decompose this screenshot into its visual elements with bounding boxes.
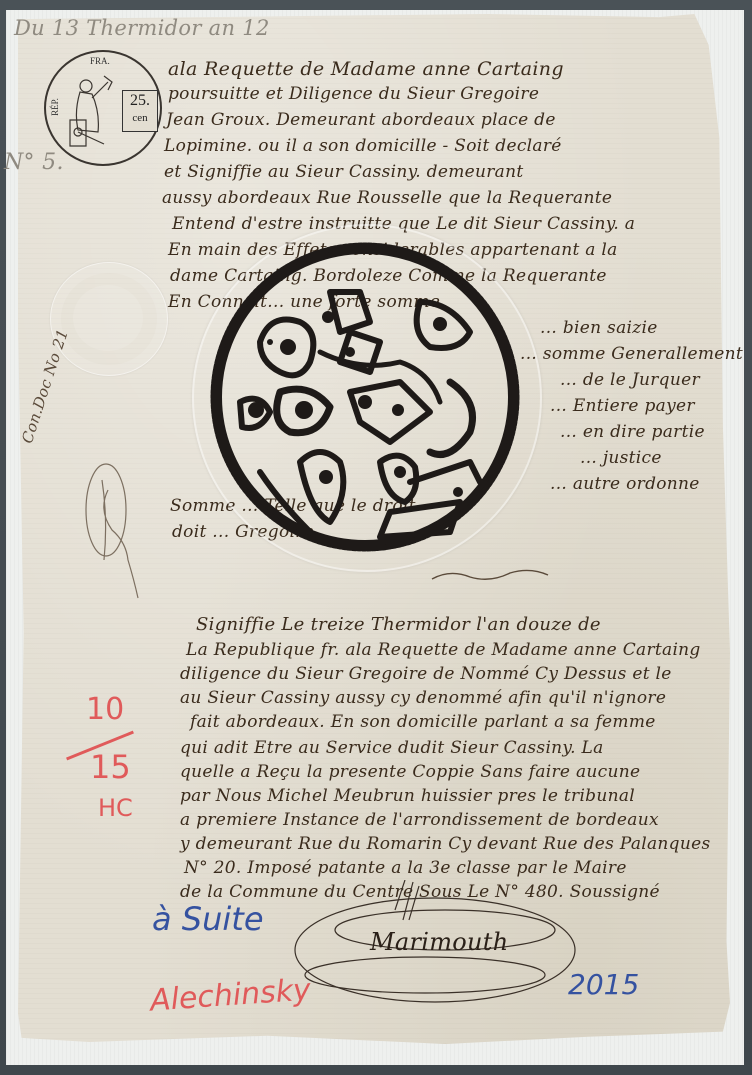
blue-year: 2015 [568, 968, 639, 1001]
notary-signature: Marimouth [370, 928, 509, 956]
signification-line: Signiffie Le treize Thermidor l'an douze… [196, 614, 601, 635]
act-line: et Signiffie au Sieur Cassiny. demeurant [164, 162, 524, 182]
act-line: ... Entiere payer [550, 396, 695, 416]
text-end-flourish [430, 565, 550, 585]
margin-number: N° 5. [4, 150, 64, 175]
red-initials: HC [98, 794, 133, 822]
stamp-legend-left: RÉP. [50, 98, 60, 116]
act-line: poursuitte et Diligence du Sieur Gregoir… [168, 84, 539, 104]
stamp-legend-top: FRA. [90, 56, 110, 66]
act-line: ala Requette de Madame anne Cartaing [168, 58, 564, 80]
signification-line: N° 20. Imposé patante a la 3e classe par… [184, 858, 627, 878]
signification-line: par Nous Michel Meubrun huissier pres le… [180, 786, 635, 806]
blue-suite-note: à Suite [152, 900, 264, 938]
embossed-dry-seal [50, 262, 168, 376]
red-fraction-denominator: 15 [90, 748, 131, 786]
act-line: Jean Groux. Demeurant abordeaux place de [166, 110, 556, 130]
signification-line: y demeurant Rue du Romarin Cy devant Rue… [180, 834, 711, 854]
signification-line: au Sieur Cassiny aussy cy denommé afin q… [180, 688, 666, 708]
act-line: ... de le Jurquer [560, 370, 700, 390]
act-line: ... somme Generallement [520, 344, 743, 364]
stamp-value-box: 25. cen [122, 90, 158, 132]
revenue-stamp: FRA. RÉP. 25. cen [44, 50, 162, 166]
act-line: ... en dire partie [560, 422, 705, 442]
act-line: ... justice [580, 448, 662, 468]
stamp-value: 25. [130, 92, 150, 109]
marianne-figure-icon [64, 72, 114, 152]
signification-line: a premiere Instance de l'arrondissement … [180, 810, 659, 830]
act-line: Lopimine. ou il a son domicille - Soit d… [164, 136, 562, 156]
signification-line: diligence du Sieur Gregoire de Nommé Cy … [180, 664, 672, 684]
signification-line: La Republique fr. ala Requette de Madame… [186, 640, 701, 660]
act-line: ... bien saizie [540, 318, 658, 338]
header-date-note: Du 13 Thermidor an 12 [14, 16, 270, 40]
signification-line: fait abordeaux. En son domicille parlant… [190, 712, 656, 732]
ink-drawing-medallion [200, 232, 530, 562]
act-line: ... autre ordonne [550, 474, 700, 494]
signification-line: quelle a Reçu la presente Coppie Sans fa… [180, 762, 640, 782]
act-line: aussy abordeaux Rue Rousselle que la Req… [162, 188, 612, 208]
signification-line: qui adit Etre au Service dudit Sieur Cas… [180, 738, 604, 758]
red-fraction-numerator: 10 [86, 692, 124, 727]
stamp-unit: cen [123, 111, 157, 125]
margin-paraph-flourish [78, 450, 148, 600]
